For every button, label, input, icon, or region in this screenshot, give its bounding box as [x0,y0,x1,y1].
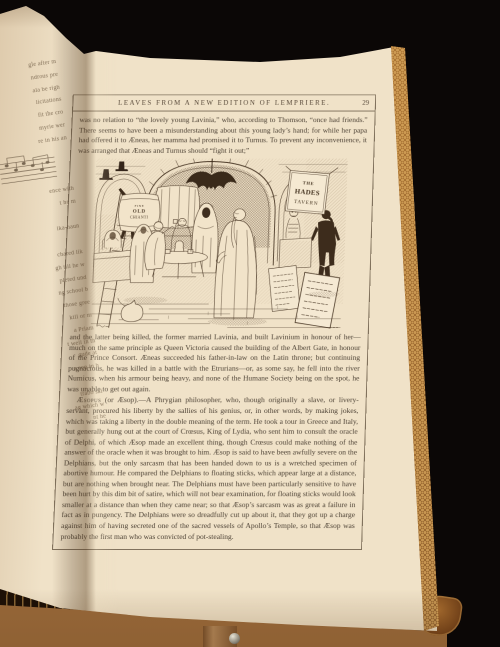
booth-desk [279,238,312,269]
stand-knob [229,633,240,644]
music-staff [0,148,58,192]
printed-page: LEAVES FROM A NEW EDITION OF LEMPRIERE. … [52,94,376,550]
header-title: LEAVES FROM A NEW EDITION OF LEMPRIERE. [118,99,331,107]
paragraph-lavinia: was no relation to “the lovely young Lav… [78,115,368,156]
placard-small [269,266,300,312]
barrel-label-line3: CHIANTI [130,215,149,220]
entry-name: Æsopus [77,396,102,405]
engraving-hades-tavern: FINE OLD CHIANTI [89,159,348,331]
tavern-sign-line1: THE [303,180,315,186]
page-rule-frame: LEAVES FROM A NEW EDITION OF LEMPRIERE. … [52,94,376,550]
entry-text: (or Æsop).—A Phrygian philosopher, who, … [60,396,358,541]
page-number: 29 [362,99,369,107]
barrel-label-line1: FINE [135,204,145,208]
running-header: LEAVES FROM A NEW EDITION OF LEMPRIERE. … [73,95,375,111]
artist-monogram [97,325,109,327]
body-text: was no relation to “the lovely young Lav… [53,112,374,543]
paragraph-aesopus: Æsopus (or Æsop).—A Phrygian philosopher… [60,396,359,542]
book-photograph: gle after mndrous preala be righlicitati… [0,0,500,647]
paragraph-lavinium: and the latter being killed, the former … [67,333,361,395]
